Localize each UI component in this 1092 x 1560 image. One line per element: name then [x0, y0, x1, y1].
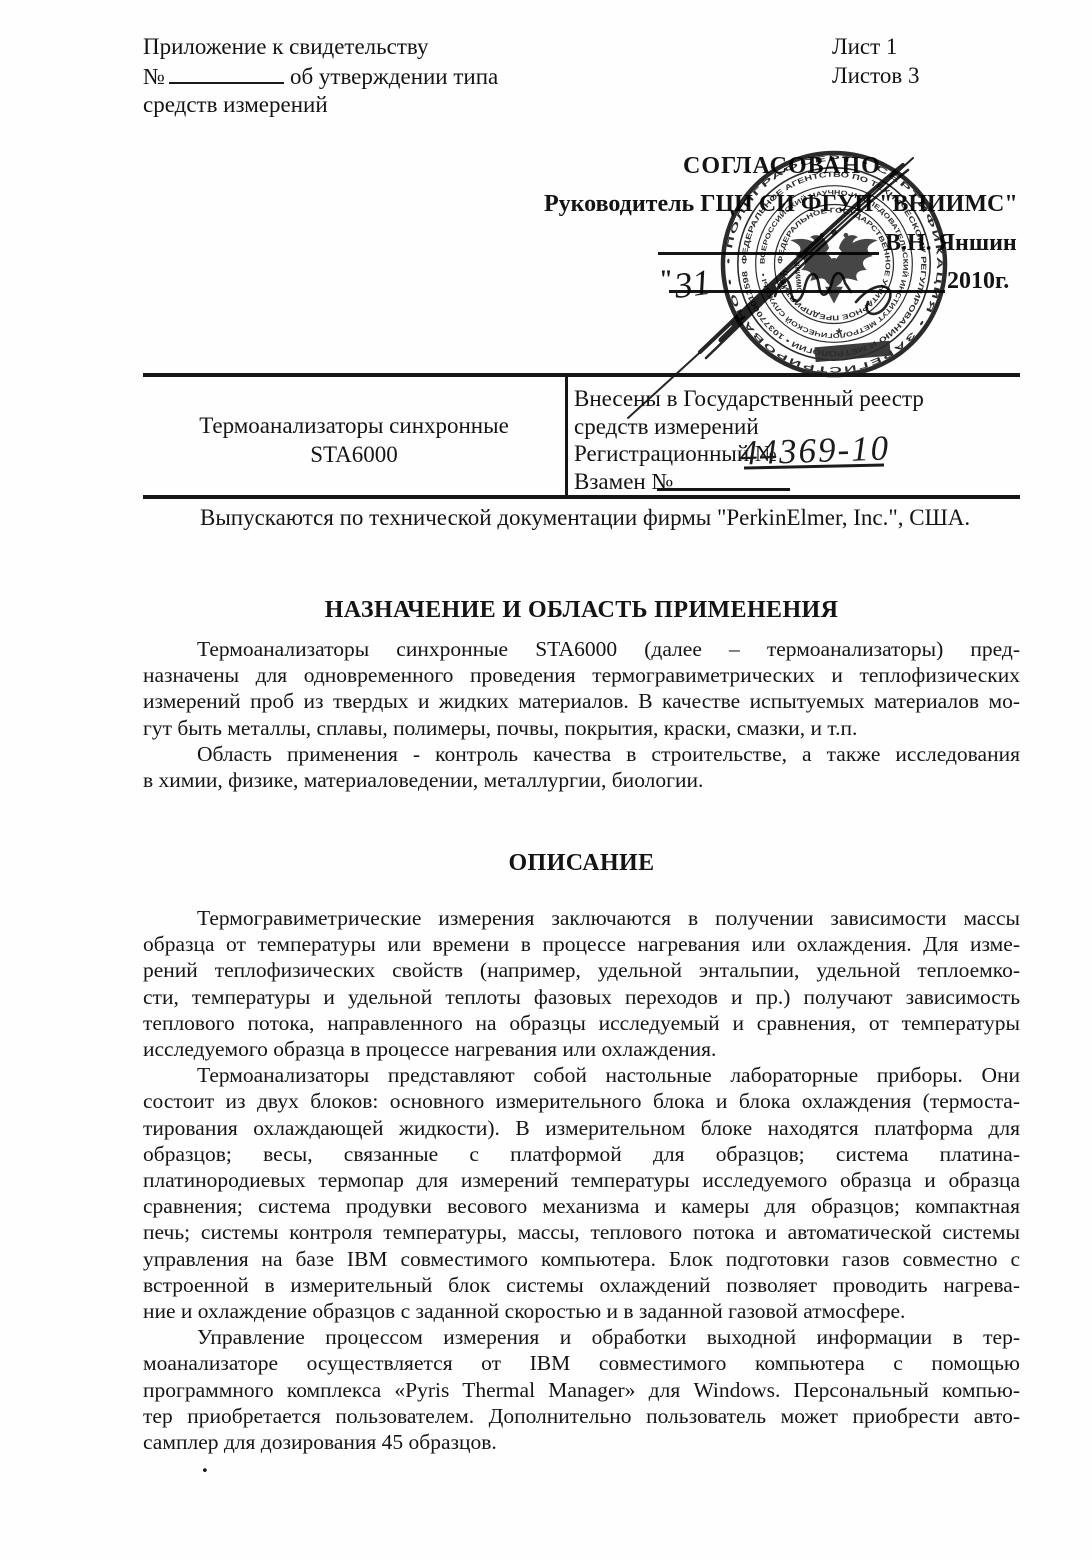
text-line: измерений проб из твердых и жидких матер…	[143, 688, 1020, 714]
table-top-border	[143, 373, 1020, 377]
text-line: теплового потока, направленного на образ…	[143, 1010, 1020, 1036]
document-page: Приложение к свидетельству №об утвержден…	[0, 0, 1092, 1560]
text-line: рений теплофизических свойств (например,…	[143, 957, 1020, 983]
appendix-header-line3: средств измерений	[143, 91, 498, 120]
text-line: Термогравиметрические измерения заключаю…	[143, 905, 1020, 931]
stray-period-mark: .	[202, 1452, 208, 1478]
text-line: в химии, физике, материаловедении, метал…	[143, 767, 1020, 793]
registry-entry-line1: Внесены в Государственный реестр	[574, 385, 1016, 413]
paragraph: Термоанализаторы синхронные STA6000 (дал…	[143, 636, 1020, 741]
text-line: печь; системы контроля температуры, масс…	[143, 1219, 1020, 1245]
section-body-description: Термогравиметрические измерения заключаю…	[143, 905, 1020, 1455]
replacement-number-label: Взамен №	[574, 468, 1016, 496]
text-line: платинородиевых термопар для измерений т…	[143, 1167, 1020, 1193]
sheet-number: Лист 1	[832, 33, 919, 62]
text-line: образца от температуры или времени в про…	[143, 931, 1020, 957]
sheets-total: Листов 3	[832, 62, 919, 91]
text-line: Область применения - контроль качества в…	[143, 741, 1020, 767]
text-line: гут быть металлы, сплавы, полимеры, почв…	[143, 715, 1020, 741]
paragraph: Управление процессом измерения и обработ…	[143, 1324, 1020, 1455]
text-line: исследуемого образца в процессе нагреван…	[143, 1036, 1020, 1062]
text-line: моанализаторе осуществляется от IBM совм…	[143, 1350, 1020, 1376]
text-line: тер приобретается пользователем. Дополни…	[143, 1403, 1020, 1429]
text-line: самплер для дозирования 45 образцов.	[143, 1429, 1020, 1455]
paragraph: Область применения - контроль качества в…	[143, 741, 1020, 793]
section-heading-purpose: НАЗНАЧЕНИЕ И ОБЛАСТЬ ПРИМЕНЕНИЯ	[143, 597, 1020, 624]
text-line: образцов; весы, связанные с платформой д…	[143, 1141, 1020, 1167]
paragraph: Термоанализаторы представляют собой наст…	[143, 1062, 1020, 1324]
section-body-purpose: Термоанализаторы синхронные STA6000 (дал…	[143, 636, 1020, 793]
text-line: Термоанализаторы синхронные STA6000 (дал…	[143, 636, 1020, 662]
device-name-line1: Термоанализаторы синхронные	[143, 412, 565, 441]
paragraph: Термогравиметрические измерения заключаю…	[143, 905, 1020, 1062]
replacement-number-underline	[657, 488, 790, 491]
appendix-header-line2-text: об утверждении типа	[290, 64, 498, 89]
handwritten-day: 31	[671, 262, 713, 306]
issued-note: Выпускаются по технической документации …	[200, 505, 970, 531]
sheet-counter: Лист 1 Листов 3	[832, 33, 919, 90]
text-line: Термоанализаторы представляют собой наст…	[143, 1062, 1020, 1088]
text-line: программного комплекса «Pyris Thermal Ma…	[143, 1377, 1020, 1403]
table-column-divider	[565, 373, 568, 498]
device-name-cell: Термоанализаторы синхронные STA6000	[143, 412, 565, 469]
text-line: ние и охлаждение образцов с заданной ско…	[143, 1298, 1020, 1324]
text-line: управления на базе IBM совместимого комп…	[143, 1246, 1020, 1272]
text-line: Управление процессом измерения и обработ…	[143, 1324, 1020, 1350]
text-line: состоит из двух блоков: основного измери…	[143, 1088, 1020, 1114]
section-heading-description: ОПИСАНИЕ	[143, 850, 1020, 877]
device-model: STA6000	[143, 441, 565, 470]
blank-number-line	[169, 62, 284, 84]
appendix-header-line1: Приложение к свидетельству	[143, 33, 498, 62]
text-line: тирования охлаждающей жидкости). В измер…	[143, 1115, 1020, 1141]
number-sign: №	[143, 64, 165, 89]
text-line: сравнения; система продувки весового мех…	[143, 1193, 1020, 1219]
text-line: назначены для одновременного проведения …	[143, 662, 1020, 688]
appendix-header-line2: №об утверждении типа	[143, 62, 498, 92]
text-line: встроенной в измерительный блок системы …	[143, 1272, 1020, 1298]
text-line: сти, температуры и удельной теплоты фазо…	[143, 984, 1020, 1010]
appendix-header: Приложение к свидетельству №об утвержден…	[143, 33, 498, 120]
